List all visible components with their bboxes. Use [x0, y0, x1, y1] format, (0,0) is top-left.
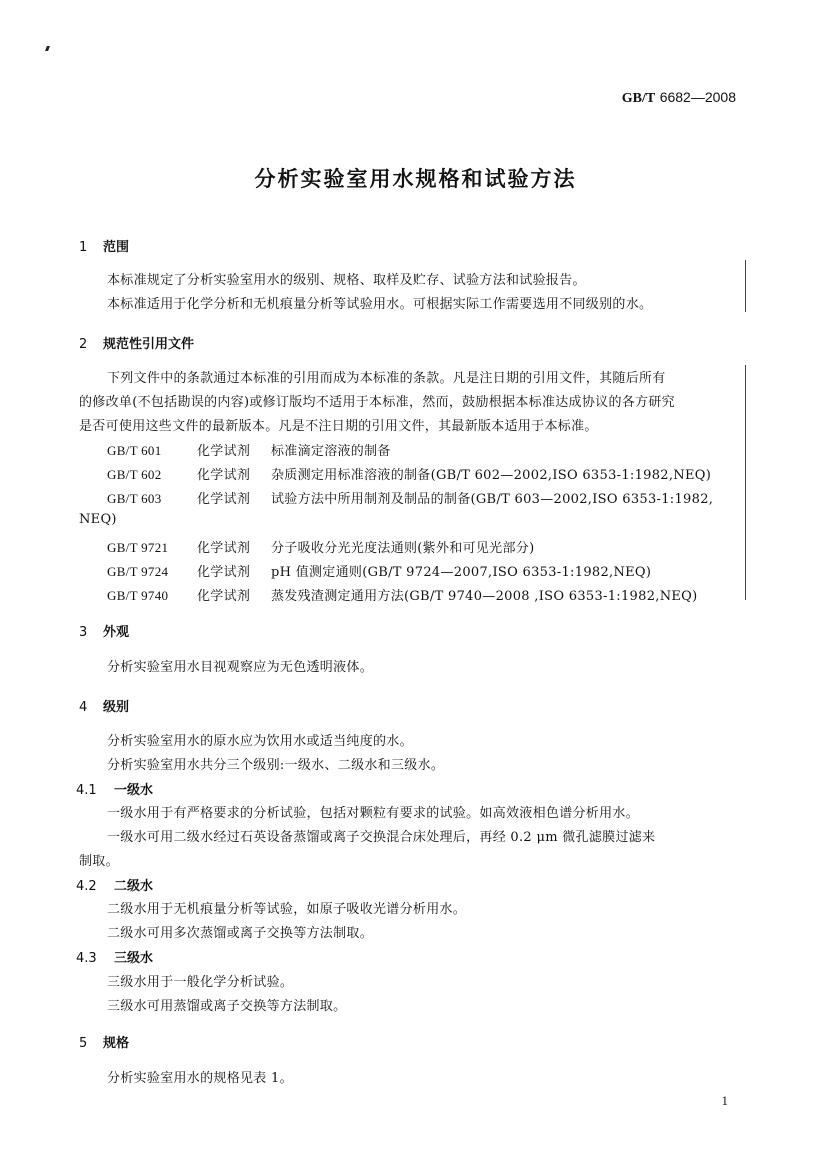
change-bar: [745, 260, 746, 312]
paragraph-line: 的修改单(不包括勘误的内容)或修订版均不适用于本标准，然而，鼓励根据本标准达成协…: [79, 391, 675, 410]
paragraph-line: 二级水用于无机痕量分析等试验，如原子吸收光谱分析用水。: [107, 898, 466, 917]
standard-prefix: GB/T: [622, 91, 655, 106]
reference-item: GB/T 602化学试剂杂质测定用标准溶液的制备(GB/T 602—2002,I…: [107, 464, 711, 483]
reference-item: GB/T 9721化学试剂分子吸收分光光度法通则(紫外和可见光部分): [107, 537, 534, 556]
reference-item: GB/T 601化学试剂标准滴定溶液的制备: [107, 440, 391, 459]
paragraph: 分析实验室用水共分三个级别:一级水、二级水和三级水。: [107, 754, 444, 773]
subsection-4-1-heading: 4.1一级水: [76, 779, 153, 798]
scan-mark: [45, 46, 50, 51]
standard-number: 6682—2008: [660, 89, 736, 105]
reference-item: GB/T 9740化学试剂蒸发残渣测定通用方法(GB/T 9740—2008 ,…: [107, 585, 698, 604]
paragraph-line: 三级水用于一般化学分析试验。: [107, 971, 293, 990]
reference-item: GB/T 603化学试剂试验方法中所用制剂及制品的制备(GB/T 603—200…: [107, 488, 713, 507]
page-number: 1: [722, 1093, 729, 1109]
paragraph: 分析实验室用水目视观察应为无色透明液体。: [107, 656, 373, 675]
section-5-heading: 5规格: [79, 1032, 129, 1051]
paragraph-line: 二级水可用多次蒸馏或离子交换等方法制取。: [107, 922, 373, 941]
section-3-heading: 3外观: [79, 621, 129, 640]
paragraph-line: 一级水可用二级水经过石英设备蒸馏或离子交换混合床处理后，再经 0.2 μm 微孔…: [107, 826, 655, 845]
document-title: 分析实验室用水规格和试验方法: [0, 163, 831, 193]
paragraph: 分析实验室用水的规格见表 1。: [107, 1067, 293, 1086]
paragraph: 本标准规定了分析实验室用水的级别、规格、取样及贮存、试验方法和试验报告。: [107, 269, 586, 288]
standard-code: GB/T 6682—2008: [622, 89, 736, 107]
paragraph-line: 是否可使用这些文件的最新版本。凡是不注日期的引用文件，其最新版本适用于本标准。: [79, 415, 598, 434]
subsection-4-3-heading: 4.3三级水: [76, 947, 153, 966]
paragraph-line: 三级水可用蒸馏或离子交换等方法制取。: [107, 995, 346, 1014]
reference-item: GB/T 9724化学试剂pH 值测定通则(GB/T 9724—2007,ISO…: [107, 561, 651, 580]
paragraph-line: 一级水用于有严格要求的分析试验，包括对颗粒有要求的试验。如高效液相色谱分析用水。: [107, 802, 639, 821]
paragraph: 本标准适用于化学分析和无机痕量分析等试验用水。可根据实际工作需要选用不同级别的水…: [107, 293, 652, 312]
change-bar: [745, 365, 746, 600]
section-1-heading: 1范围: [79, 236, 129, 255]
reference-continuation: NEQ): [79, 512, 117, 527]
paragraph: 分析实验室用水的原水应为饮用水或适当纯度的水。: [107, 730, 413, 749]
subsection-4-2-heading: 4.2二级水: [76, 875, 153, 894]
paragraph-line: 制取。: [79, 850, 119, 869]
section-2-heading: 2规范性引用文件: [79, 333, 194, 352]
section-4-heading: 4级别: [79, 696, 129, 715]
paragraph-line: 下列文件中的条款通过本标准的引用而成为本标准的条款。凡是注日期的引用文件，其随后…: [107, 367, 666, 386]
